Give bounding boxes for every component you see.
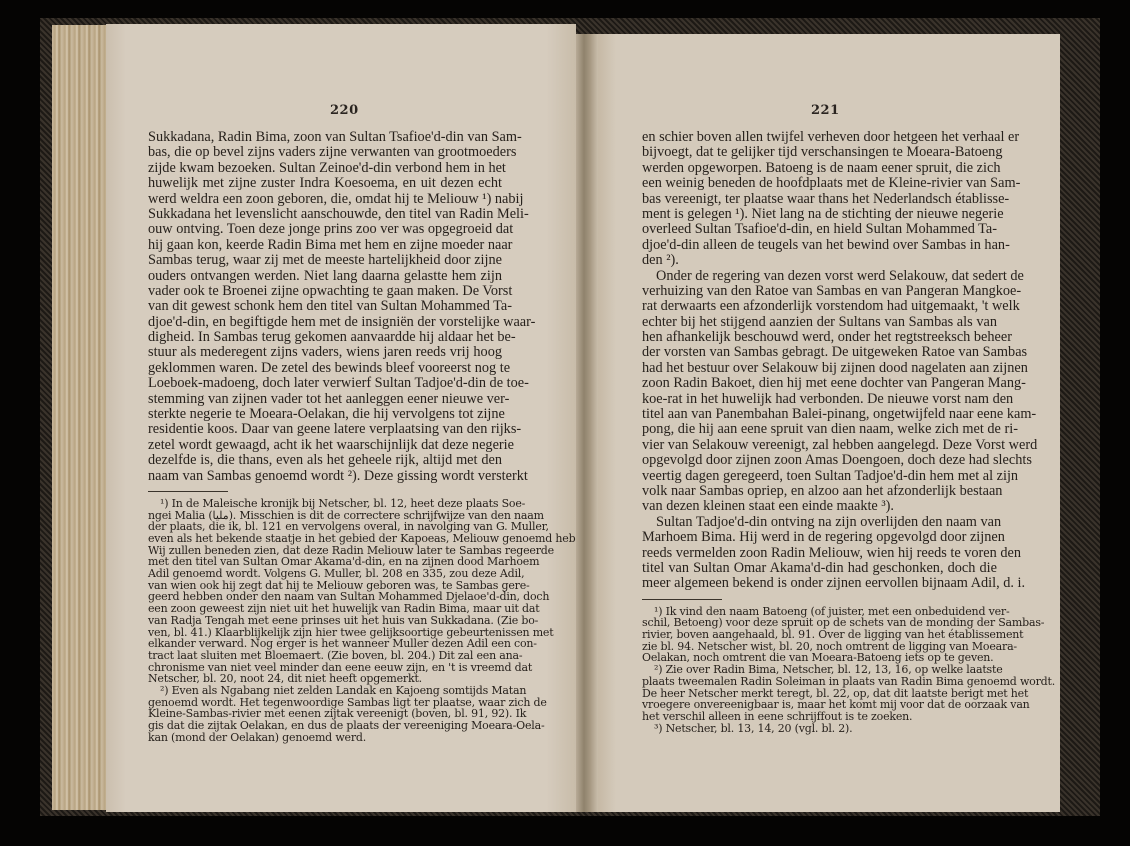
left-body-text: Sukkadana, Radin Bima, zoon van Sultan T… xyxy=(148,130,502,743)
book-gutter xyxy=(576,34,598,812)
left-page: 220 Sukkadana, Radin Bima, zoon van Sult… xyxy=(106,24,576,812)
text-line: titel aan van Panembahan Balei-pinang, o… xyxy=(642,407,997,422)
text-line: naam van Sambas genoemd wordt ²). Deze g… xyxy=(148,469,502,484)
right-body-text: en schier boven allen twijfel verheven d… xyxy=(642,130,997,734)
footnote-line: ³) Netscher, bl. 13, 14, 20 (vgl. bl. 2)… xyxy=(642,723,997,735)
text-line: echter bij het stijgend aanzien der Sult… xyxy=(642,315,997,330)
text-line: hen afhankelijk beschouwd werd, onder he… xyxy=(642,330,997,345)
text-line: werd weldra een zoon geboren, die, omdat… xyxy=(148,192,502,207)
page-number: 221 xyxy=(811,103,840,118)
text-line: opgevolgd door zijnen zoon Amas Doengoen… xyxy=(642,453,997,468)
text-line: ment is gelegen ¹). Niet lang na de stic… xyxy=(642,207,997,222)
text-line: zoon Radin Bakoet, dien hij met eene doc… xyxy=(642,376,997,391)
text-line: vader ook te Broenei zijne opwachting te… xyxy=(148,284,502,299)
text-line: Sukkadana het levenslicht aanschouwde, d… xyxy=(148,207,502,222)
page-number: 220 xyxy=(330,103,359,118)
text-line: titel van Sultan Omar Akama'd-din had ge… xyxy=(642,561,997,576)
text-line: meer algemeen bekend is onder zijnen eer… xyxy=(642,576,997,591)
footnote-line: plaats tweemalen Radin Soleiman in plaat… xyxy=(642,676,997,688)
text-line: ouw ontving. Toen deze jonge prins zoo v… xyxy=(148,222,502,237)
footnote-line: gis dat die zijtak Oelakan, en dus de pl… xyxy=(148,720,502,732)
text-line: stemming van zijnen vader tot het aanleg… xyxy=(148,392,502,407)
text-line: een weinig beneden de hoofdplaats met de… xyxy=(642,176,997,191)
text-line: hij gaan kon, keerde Radin Bima met hem … xyxy=(148,238,502,253)
footnote-line: van Radja Tengah met eene prinses uit he… xyxy=(148,615,502,627)
text-line: Marhoem Bima. Hij werd in de regering op… xyxy=(642,530,997,545)
text-line: ouders ontvangen werden. Niet lang daarn… xyxy=(148,269,502,284)
text-line: had het bestuur over Selakouw bij zijnen… xyxy=(642,361,997,376)
text-line: vier van Selakouw vereenigt, zal hebben … xyxy=(642,438,997,453)
text-line: koe-rat in het huwelijk had verbonden. D… xyxy=(642,392,997,407)
text-line: bijvoegt, dat te gelijker tijd verschans… xyxy=(642,145,997,160)
text-line: zijde kwam bezoeken. Sultan Zeinoe'd-din… xyxy=(148,161,502,176)
footnote-line: ²) Even als Ngabang niet zelden Landak e… xyxy=(148,685,502,697)
text-line: Sukkadana, Radin Bima, zoon van Sultan T… xyxy=(148,130,502,145)
text-line: en schier boven allen twijfel verheven d… xyxy=(642,130,997,145)
text-line: Loeboek-madoeng, doch later verwierf Sul… xyxy=(148,376,502,391)
text-line: rat derwaarts een afzonderlijk vorstendo… xyxy=(642,299,997,314)
text-line: volk naar Sambas opriep, en alzoo aan he… xyxy=(642,484,997,499)
right-page: 221 en schier boven allen twijfel verhev… xyxy=(598,34,1060,812)
text-line: den ²). xyxy=(642,253,997,268)
text-line: verhuizing van den Ratoe van Sambas en v… xyxy=(642,284,997,299)
text-line: dezelfde is, die thans, even als het geh… xyxy=(148,453,502,468)
footnote-line: kan (mond der Oelakan) genoemd werd. xyxy=(148,732,502,744)
text-line: werden opgeworpen. Batoeng is de naam ee… xyxy=(642,161,997,176)
text-line: digheid. In Sambas terug gekomen aanvaar… xyxy=(148,330,502,345)
footnote-line: tract laat sluiten met Bloemaert. (Zie b… xyxy=(148,650,502,662)
text-line: van dit gewest schonk hem den titel van … xyxy=(148,299,502,314)
text-line: Sambas terug, waar zij met de meeste har… xyxy=(148,253,502,268)
text-line: residentie koos. Daar van geene latere v… xyxy=(148,422,502,437)
text-line: Onder de regering van dezen vorst werd S… xyxy=(642,269,997,284)
text-line: zetel wordt gewaagd, acht ik het waarsch… xyxy=(148,438,502,453)
text-line: sterkte negerie te Moeara-Oelakan, die h… xyxy=(148,407,502,422)
text-line: stuur als mederegent zijns vaders, wiens… xyxy=(148,345,502,360)
text-line: djoe'd-din alleen de teugels van het bew… xyxy=(642,238,997,253)
text-line: Sultan Tadjoe'd-din ontving na zijn over… xyxy=(642,515,997,530)
text-line: bas vereenigt, ter plaatse waar thans he… xyxy=(642,192,997,207)
footnote-line: even als het bekende staatje in het gebi… xyxy=(148,533,502,545)
text-line: veertig dagen geregeerd, toen Sultan Tad… xyxy=(642,469,997,484)
footnote-line: het verschil alleen in eene schrijffout … xyxy=(642,711,997,723)
text-line: bas, die op bevel zijns vaders zijne ver… xyxy=(148,145,502,160)
text-line: overleed Sultan Tsafioe'd-din, en hield … xyxy=(642,222,997,237)
text-line: huwelijk met zijne zuster Indra Koesoema… xyxy=(148,176,502,191)
text-line: van dezen kleinen staat een einde maakte… xyxy=(642,499,997,514)
page-edges xyxy=(52,25,112,810)
footnote-divider xyxy=(148,491,228,492)
text-line: reeds vermelden zoon Radin Meliouw, wien… xyxy=(642,546,997,561)
text-line: djoe'd-din, en begiftigde hem met de ins… xyxy=(148,315,502,330)
text-line: geklommen waren. De zetel des bewinds bl… xyxy=(148,361,502,376)
footnote-line: ¹) In de Maleische kronijk bij Netscher,… xyxy=(148,498,502,510)
footnote-divider xyxy=(642,599,722,600)
text-line: der vorsten van Sambas gebragt. De uitge… xyxy=(642,345,997,360)
text-line: pong, die hij aan eene spruit van dien n… xyxy=(642,422,997,437)
